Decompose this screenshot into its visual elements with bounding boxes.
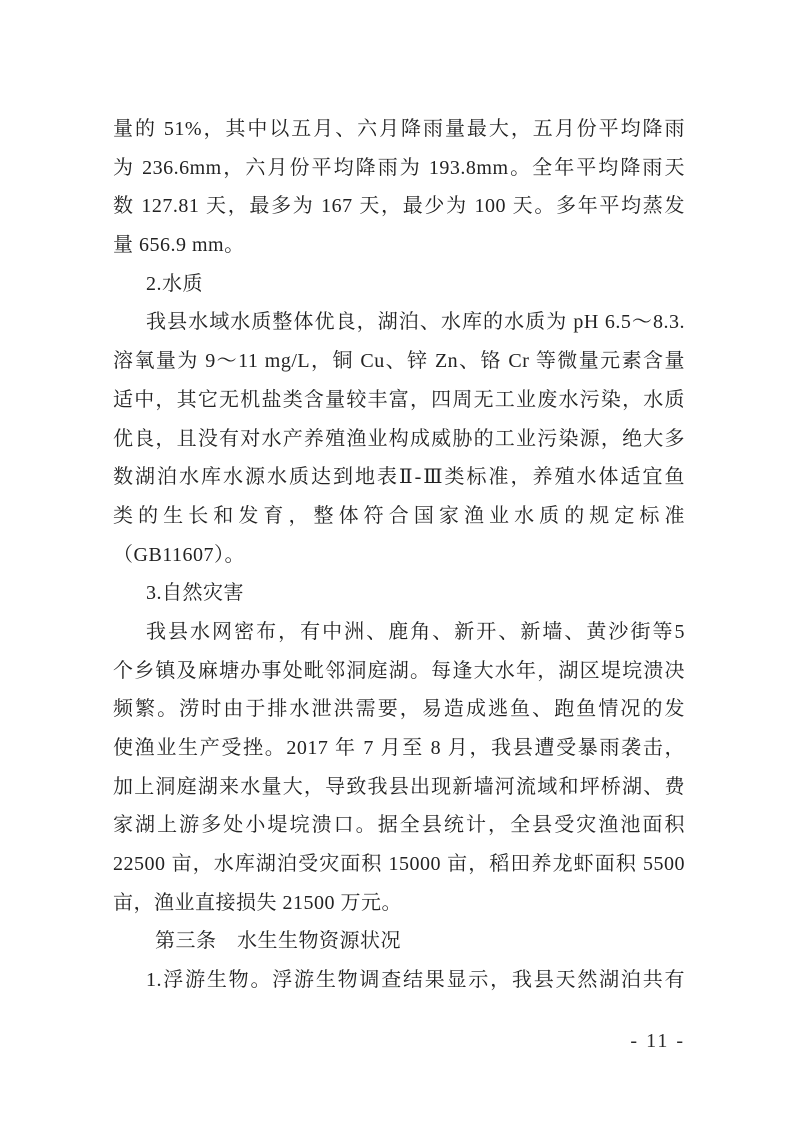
paragraph-water-quality-line: 我县水域水质整体优良，湖泊、水库的水质为 pH 6.5～8.3. (113, 303, 685, 342)
document-page: 量的 51%，其中以五月、六月降雨量最大，五月份平均降雨 为 236.6mm，六… (0, 0, 793, 1121)
paragraph-plankton-line: 1.浮游生物。浮游生物调查结果显示，我县天然湖泊共有 (113, 961, 685, 1000)
paragraph-natural-disaster-line: 频繁。涝时由于排水泄洪需要，易造成逃鱼、跑鱼情况的发生， (113, 690, 685, 729)
page-number: - 11 - (113, 1022, 685, 1061)
paragraph-rainfall-line: 数 127.81 天，最多为 167 天，最少为 100 天。多年平均蒸发 (113, 187, 685, 226)
paragraph-rainfall-line: 为 236.6mm，六月份平均降雨为 193.8mm。全年平均降雨天 (113, 149, 685, 188)
paragraph-water-quality-line: 数湖泊水库水源水质达到地表Ⅱ-Ⅲ类标准，养殖水体适宜鱼 (113, 458, 685, 497)
paragraph-natural-disaster-line: 22500 亩，水库湖泊受灾面积 15000 亩，稻田养龙虾面积 5500 (113, 845, 685, 884)
paragraph-rainfall-line: 量的 51%，其中以五月、六月降雨量最大，五月份平均降雨 (113, 110, 685, 149)
paragraph-water-quality-line: 溶氧量为 9～11 mg/L，铜 Cu、锌 Zn、铬 Cr 等微量元素含量 (113, 342, 685, 381)
paragraph-water-quality-line: （GB11607）。 (113, 536, 685, 575)
paragraph-natural-disaster-line: 我县水网密布，有中洲、鹿角、新开、新墙、黄沙街等5 (113, 613, 685, 652)
heading-natural-disaster: 3.自然灾害 (113, 574, 685, 613)
paragraph-natural-disaster-line: 亩，渔业直接损失 21500 万元。 (113, 884, 685, 923)
paragraph-natural-disaster-line: 家湖上游多处小堤垸溃口。据全县统计，全县受灾渔池面积 (113, 806, 685, 845)
document-body: 量的 51%，其中以五月、六月降雨量最大，五月份平均降雨 为 236.6mm，六… (113, 110, 685, 1000)
paragraph-natural-disaster-line: 个乡镇及麻塘办事处毗邻洞庭湖。每逢大水年，湖区堤垸溃决 (113, 652, 685, 691)
heading-article-3: 第三条 水生生物资源状况 (113, 922, 685, 961)
heading-water-quality: 2.水质 (113, 265, 685, 304)
paragraph-natural-disaster-line: 使渔业生产受挫。2017 年 7 月至 8 月，我县遭受暴雨袭击， (113, 729, 685, 768)
paragraph-natural-disaster-line: 加上洞庭湖来水量大，导致我县出现新墙河流域和坪桥湖、费 (113, 768, 685, 807)
paragraph-water-quality-line: 类的生长和发育，整体符合国家渔业水质的规定标准 (113, 497, 685, 536)
paragraph-water-quality-line: 优良，且没有对水产养殖渔业构成威胁的工业污染源，绝大多 (113, 420, 685, 459)
paragraph-rainfall-line: 量 656.9 mm。 (113, 226, 685, 265)
paragraph-water-quality-line: 适中，其它无机盐类含量较丰富，四周无工业废水污染，水质 (113, 381, 685, 420)
